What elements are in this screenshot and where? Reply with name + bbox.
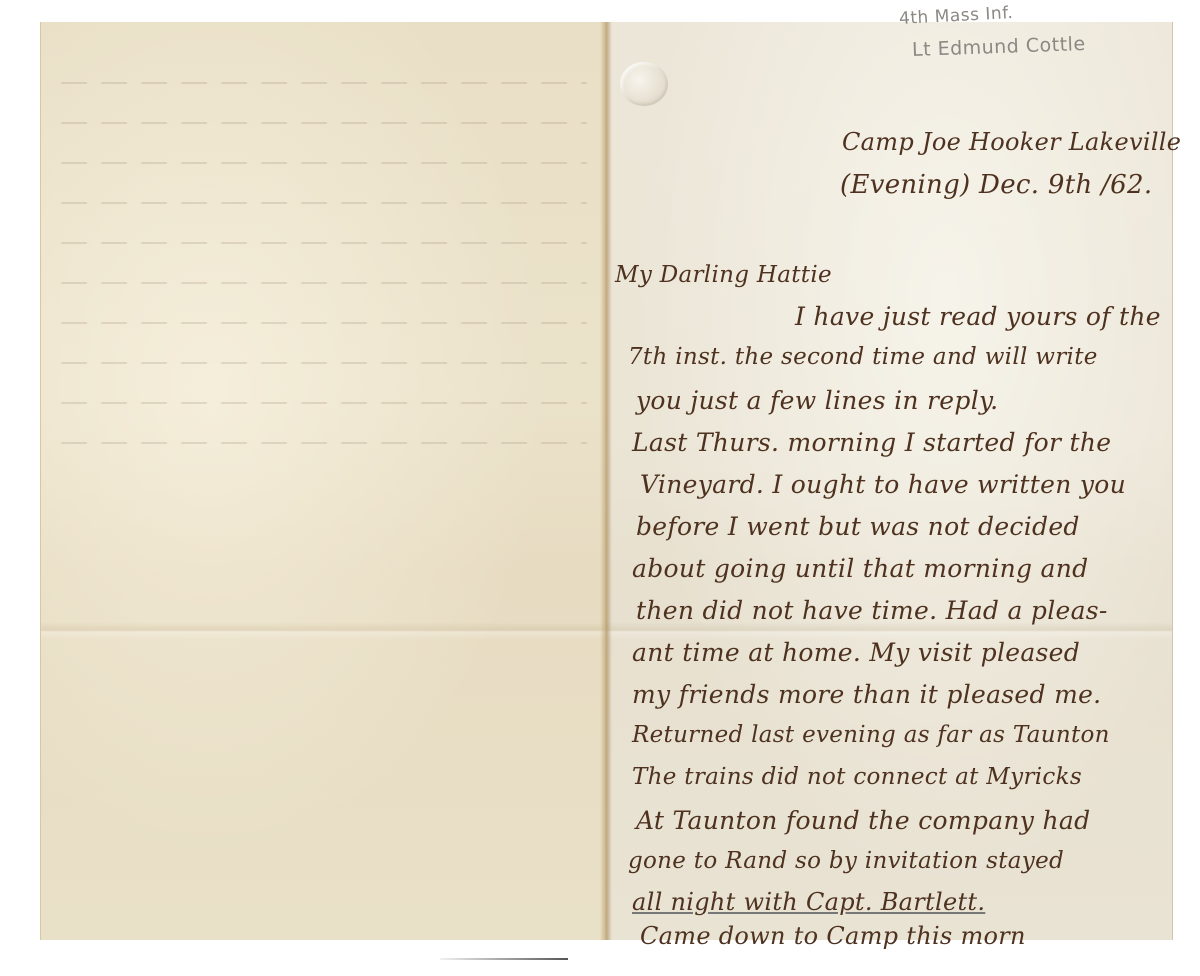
body-line: you just a few lines in reply. [636, 386, 998, 415]
bleed-through-line [60, 322, 587, 324]
letter-place: Camp Joe Hooker Lakeville [842, 128, 1181, 156]
body-line: all night with Capt. Bartlett. [632, 888, 985, 916]
bleed-through-line [60, 122, 587, 124]
bleed-through-line [60, 242, 587, 244]
bleed-through-line [60, 162, 587, 164]
body-line: gone to Rand so by invitation stayed [628, 848, 1064, 874]
bleed-through-line [60, 282, 587, 284]
body-line: I have just read yours of the [795, 302, 1161, 331]
body-line: The trains did not connect at Myricks [632, 764, 1082, 790]
letter-date: (Evening) Dec. 9th /62. [840, 170, 1152, 200]
bleed-through-line [60, 442, 587, 444]
body-line: about going until that morning and [632, 554, 1088, 583]
left-page [40, 22, 607, 940]
body-line: my friends more than it pleased me. [632, 680, 1101, 709]
bleed-through-line [60, 82, 587, 84]
body-line: 7th inst. the second time and will write [628, 344, 1098, 370]
scan-edge-mark [440, 958, 568, 960]
bleed-through-line [60, 402, 587, 404]
body-line: then did not have time. Had a pleas- [636, 596, 1108, 625]
bleed-through-line [60, 202, 587, 204]
body-line: Returned last evening as far as Taunton [632, 722, 1110, 748]
body-line: Last Thurs. morning I started for the [632, 428, 1111, 457]
body-line: ant time at home. My visit pleased [632, 638, 1080, 667]
body-line-text: all night with Capt. Bartlett. [632, 888, 985, 916]
embossed-stamp-icon [620, 62, 668, 106]
salutation: My Darling Hattie [615, 262, 832, 288]
body-line: Vineyard. I ought to have written you [640, 470, 1126, 499]
bleed-through-line [60, 362, 587, 364]
body-line: Came down to Camp this morn [640, 922, 1026, 950]
horizontal-fold [41, 622, 607, 640]
body-line: At Taunton found the company had [636, 806, 1090, 835]
spine-fold [600, 22, 612, 940]
body-line: before I went but was not decided [636, 512, 1080, 541]
